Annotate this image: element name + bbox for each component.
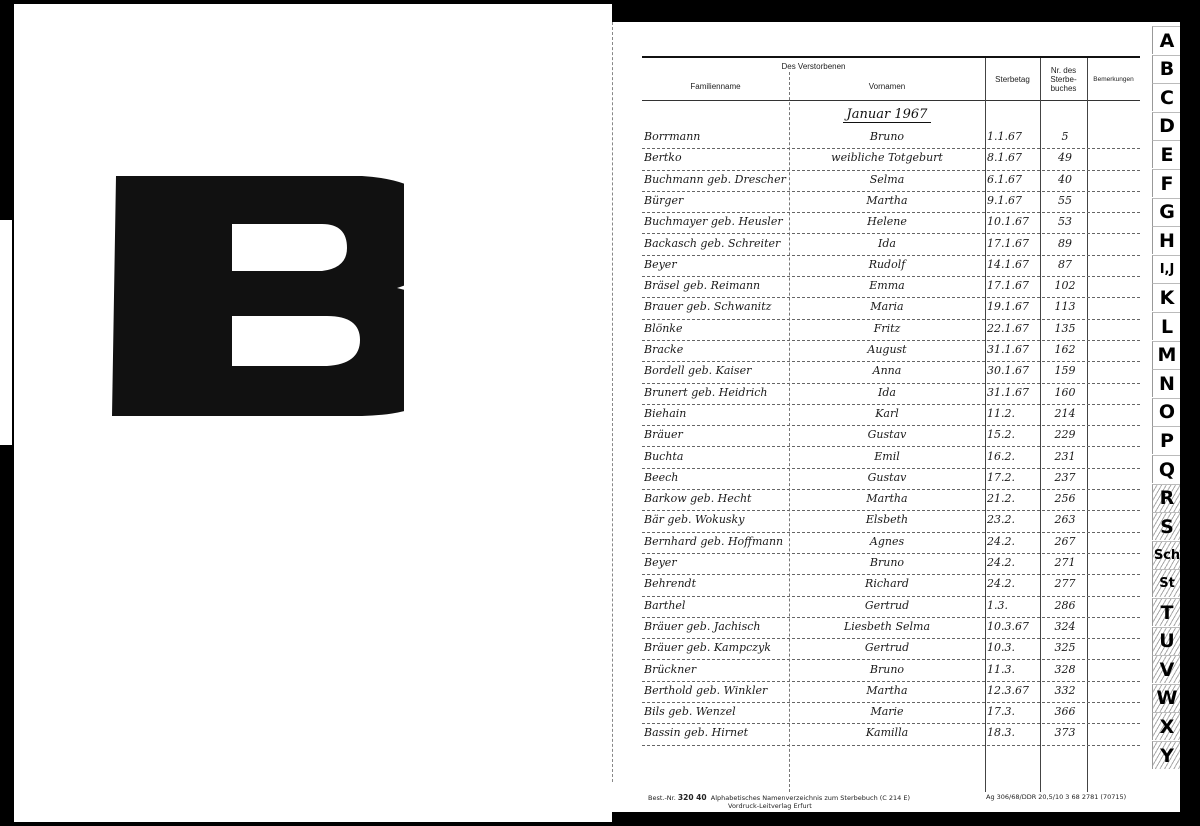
footer-order-label: Best.-Nr. [648, 794, 676, 802]
given-names-cell: Gustav [792, 471, 982, 484]
given-names-cell: Rudolf [792, 258, 982, 271]
death-date-cell: 17.2. [987, 471, 1039, 484]
register-number-cell: 277 [1044, 577, 1086, 590]
death-date-cell: 11.2. [987, 407, 1039, 420]
given-names-cell: August [792, 343, 982, 356]
register-number-cell: 267 [1044, 535, 1086, 548]
table-row: Backasch geb. SchreiterIda17.1.6789 [642, 235, 1140, 256]
table-row: BeyerRudolf14.1.6787 [642, 256, 1140, 277]
given-names-cell: Elsbeth [792, 513, 982, 526]
given-names-cell: Martha [792, 194, 982, 207]
header-given-names: Vornamen [789, 74, 985, 98]
register-number-cell: 89 [1044, 237, 1086, 250]
alphabet-index-tabs: ABCDEFGHI,JKLMNOPQRSSchStTUVWXY [1152, 22, 1180, 812]
death-date-cell: 23.2. [987, 513, 1039, 526]
register-number-cell: 49 [1044, 151, 1086, 164]
index-tab-x[interactable]: X [1152, 712, 1181, 740]
given-names-cell: Richard [792, 577, 982, 590]
death-date-cell: 11.3. [987, 663, 1039, 676]
death-date-cell: 9.1.67 [987, 194, 1039, 207]
index-tab-k[interactable]: K [1152, 283, 1181, 311]
death-date-cell: 31.1.67 [987, 343, 1039, 356]
death-date-cell: 17.1.67 [987, 237, 1039, 250]
register-number-cell: 162 [1044, 343, 1086, 356]
table-row: BrücknerBruno11.3.328 [642, 661, 1140, 682]
section-letter-glyph [112, 176, 404, 416]
register-number-cell: 231 [1044, 450, 1086, 463]
table-row: BehrendtRichard24.2.277 [642, 575, 1140, 596]
table-row: Bräsel geb. ReimannEmma17.1.67102 [642, 277, 1140, 298]
footer-order-line: Best.-Nr. 320 40 Alphabetisches Namenver… [648, 793, 910, 802]
table-row: Buchmann geb. DrescherSelma6.1.6740 [642, 171, 1140, 192]
given-names-cell: Gertrud [792, 641, 982, 654]
register-number-cell: 373 [1044, 726, 1086, 739]
table-row: BrackeAugust31.1.67162 [642, 341, 1140, 362]
index-tab-u[interactable]: U [1152, 627, 1181, 655]
table-row: BuchtaEmil16.2.231 [642, 448, 1140, 469]
index-tab-t[interactable]: T [1152, 598, 1181, 626]
given-names-cell: Karl [792, 407, 982, 420]
index-tab-n[interactable]: N [1152, 369, 1181, 397]
row-rule [642, 745, 1140, 746]
death-date-cell: 22.1.67 [987, 322, 1039, 335]
footer-print-code: Ag 306/68/DDR 20,5/10 3 68 2781 (70715) [986, 793, 1126, 801]
footer-form-title: Alphabetisches Namenverzeichnis zum Ster… [711, 794, 910, 802]
given-names-cell: Emma [792, 279, 982, 292]
register-number-cell: 271 [1044, 556, 1086, 569]
scan-border-right [1180, 0, 1200, 826]
register-number-cell: 159 [1044, 364, 1086, 377]
header-rule [642, 100, 1140, 101]
register-number-cell: 87 [1044, 258, 1086, 271]
given-names-cell: Selma [792, 173, 982, 186]
given-names-cell: Bruno [792, 556, 982, 569]
given-names-cell: Kamilla [792, 726, 982, 739]
death-date-cell: 30.1.67 [987, 364, 1039, 377]
given-names-cell: Emil [792, 450, 982, 463]
death-date-cell: 6.1.67 [987, 173, 1039, 186]
register-number-cell: 160 [1044, 386, 1086, 399]
given-names-cell: Maria [792, 300, 982, 313]
index-tab-g[interactable]: G [1152, 198, 1181, 226]
register-number-cell: 102 [1044, 279, 1086, 292]
table-row: Bernhard geb. HoffmannAgnes24.2.267 [642, 533, 1140, 554]
register-number-cell: 366 [1044, 705, 1086, 718]
given-names-cell: Martha [792, 492, 982, 505]
header-death-day: Sterbetag [985, 58, 1040, 100]
register-number-cell: 286 [1044, 599, 1086, 612]
register-number-cell: 5 [1044, 130, 1086, 143]
death-date-cell: 10.3.67 [987, 620, 1039, 633]
index-tab-q[interactable]: Q [1152, 455, 1181, 483]
register-number-cell: 53 [1044, 215, 1086, 228]
index-tab-y[interactable]: Y [1152, 741, 1181, 769]
death-date-cell: 12.3.67 [987, 684, 1039, 697]
header-register-number: Nr. des Sterbe-buches [1040, 58, 1087, 100]
given-names-cell: Agnes [792, 535, 982, 548]
header-family-name: Familienname [642, 74, 789, 98]
given-names-cell: Bruno [792, 663, 982, 676]
index-tab-l[interactable]: L [1152, 312, 1181, 340]
death-date-cell: 31.1.67 [987, 386, 1039, 399]
index-tab-s[interactable]: S [1152, 512, 1181, 540]
death-date-cell: 21.2. [987, 492, 1039, 505]
period-title: Januar 1967 [789, 104, 985, 126]
given-names-cell: Martha [792, 684, 982, 697]
death-date-cell: 17.3. [987, 705, 1039, 718]
table-row: BiehainKarl11.2.214 [642, 405, 1140, 426]
index-tab-a[interactable]: A [1152, 26, 1181, 54]
index-tab-c[interactable]: C [1152, 83, 1181, 111]
footer-order-number: 320 40 [678, 793, 707, 802]
index-tab-p[interactable]: P [1152, 426, 1181, 454]
register-number-cell: 229 [1044, 428, 1086, 441]
table-row: Bordell geb. KaiserAnna30.1.67159 [642, 362, 1140, 383]
index-tab-o[interactable]: O [1152, 398, 1181, 426]
death-date-cell: 24.2. [987, 556, 1039, 569]
table-row: BürgerMartha9.1.6755 [642, 192, 1140, 213]
table-row: BräuerGustav15.2.229 [642, 426, 1140, 447]
register-number-cell: 135 [1044, 322, 1086, 335]
death-date-cell: 24.2. [987, 535, 1039, 548]
table-row: BlönkeFritz22.1.67135 [642, 320, 1140, 341]
given-names-cell: Fritz [792, 322, 982, 335]
table-row: Bräuer geb. JachischLiesbeth Selma10.3.6… [642, 618, 1140, 639]
register-number-cell: 237 [1044, 471, 1086, 484]
death-date-cell: 1.3. [987, 599, 1039, 612]
table-row: Barkow geb. HechtMartha21.2.256 [642, 490, 1140, 511]
register-number-cell: 325 [1044, 641, 1086, 654]
left-page [14, 4, 612, 822]
section-letter-b [112, 176, 404, 416]
death-date-cell: 15.2. [987, 428, 1039, 441]
index-tab-m[interactable]: M [1152, 341, 1181, 369]
period-title-text: Januar 1967 [843, 107, 932, 123]
death-date-cell: 17.1.67 [987, 279, 1039, 292]
table-row: Bär geb. WokuskyElsbeth23.2.263 [642, 511, 1140, 532]
index-tab-d[interactable]: D [1152, 112, 1181, 140]
given-names-cell: Helene [792, 215, 982, 228]
index-tab-b[interactable]: B [1152, 55, 1181, 83]
index-tab-ij[interactable]: I,J [1152, 255, 1181, 283]
scan-border-bottom [612, 812, 1200, 826]
given-names-cell: Anna [792, 364, 982, 377]
given-names-cell: Ida [792, 386, 982, 399]
given-names-cell: Bruno [792, 130, 982, 143]
index-tab-h[interactable]: H [1152, 226, 1181, 254]
table-header: Des Verstorbenen Familienname Vornamen S… [642, 58, 1140, 100]
death-date-cell: 24.2. [987, 577, 1039, 590]
given-names-cell: weibliche Totgeburt [792, 151, 982, 164]
register-number-cell: 256 [1044, 492, 1086, 505]
register-number-cell: 113 [1044, 300, 1086, 313]
given-names-cell: Liesbeth Selma [792, 620, 982, 633]
header-remarks: Bemerkungen [1087, 58, 1140, 100]
given-names-cell: Gustav [792, 428, 982, 441]
table-row: Berthold geb. WinklerMartha12.3.67332 [642, 682, 1140, 703]
index-tab-f[interactable]: F [1152, 169, 1181, 197]
register-number-cell: 328 [1044, 663, 1086, 676]
death-date-cell: 16.2. [987, 450, 1039, 463]
death-date-cell: 10.3. [987, 641, 1039, 654]
register-number-cell: 214 [1044, 407, 1086, 420]
table-row: BorrmannBruno1.1.675 [642, 128, 1140, 149]
table-row: BarthelGertrud1.3.286 [642, 597, 1140, 618]
index-tab-e[interactable]: E [1152, 140, 1181, 168]
register-number-cell: 263 [1044, 513, 1086, 526]
register-number-cell: 324 [1044, 620, 1086, 633]
death-date-cell: 10.1.67 [987, 215, 1039, 228]
death-date-cell: 19.1.67 [987, 300, 1039, 313]
table-row: Bassin geb. HirnetKamilla18.3.373 [642, 724, 1140, 745]
register-number-cell: 40 [1044, 173, 1086, 186]
index-tab-w[interactable]: W [1152, 684, 1181, 712]
footer-publisher: Vordruck-Leitverlag Erfurt [728, 802, 812, 810]
death-date-cell: 18.3. [987, 726, 1039, 739]
table-row: Bils geb. WenzelMarie17.3.366 [642, 703, 1140, 724]
death-date-cell: 1.1.67 [987, 130, 1039, 143]
table-row: BeechGustav17.2.237 [642, 469, 1140, 490]
index-tab-r[interactable]: R [1152, 484, 1181, 512]
table-row: Brauer geb. SchwanitzMaria19.1.67113 [642, 298, 1140, 319]
death-date-cell: 8.1.67 [987, 151, 1039, 164]
table-row: BeyerBruno24.2.271 [642, 554, 1140, 575]
given-names-cell: Marie [792, 705, 982, 718]
scan-edge [0, 220, 12, 445]
register-number-cell: 55 [1044, 194, 1086, 207]
index-tab-v[interactable]: V [1152, 655, 1181, 683]
index-tab-sch[interactable]: Sch [1152, 541, 1181, 569]
scan-border-top [612, 0, 1200, 22]
header-group-deceased: Des Verstorbenen [642, 60, 985, 72]
table-row: Brunert geb. HeidrichIda31.1.67160 [642, 384, 1140, 405]
register-number-cell: 332 [1044, 684, 1086, 697]
table-row: Bräuer geb. KampczykGertrud10.3.325 [642, 639, 1140, 660]
given-names-cell: Gertrud [792, 599, 982, 612]
given-names-cell: Ida [792, 237, 982, 250]
table-row: Bertkoweibliche Totgeburt8.1.6749 [642, 149, 1140, 170]
index-tab-st[interactable]: St [1152, 569, 1181, 597]
death-date-cell: 14.1.67 [987, 258, 1039, 271]
table-row: Buchmayer geb. HeuslerHelene10.1.6753 [642, 213, 1140, 234]
page-spine [612, 22, 615, 782]
